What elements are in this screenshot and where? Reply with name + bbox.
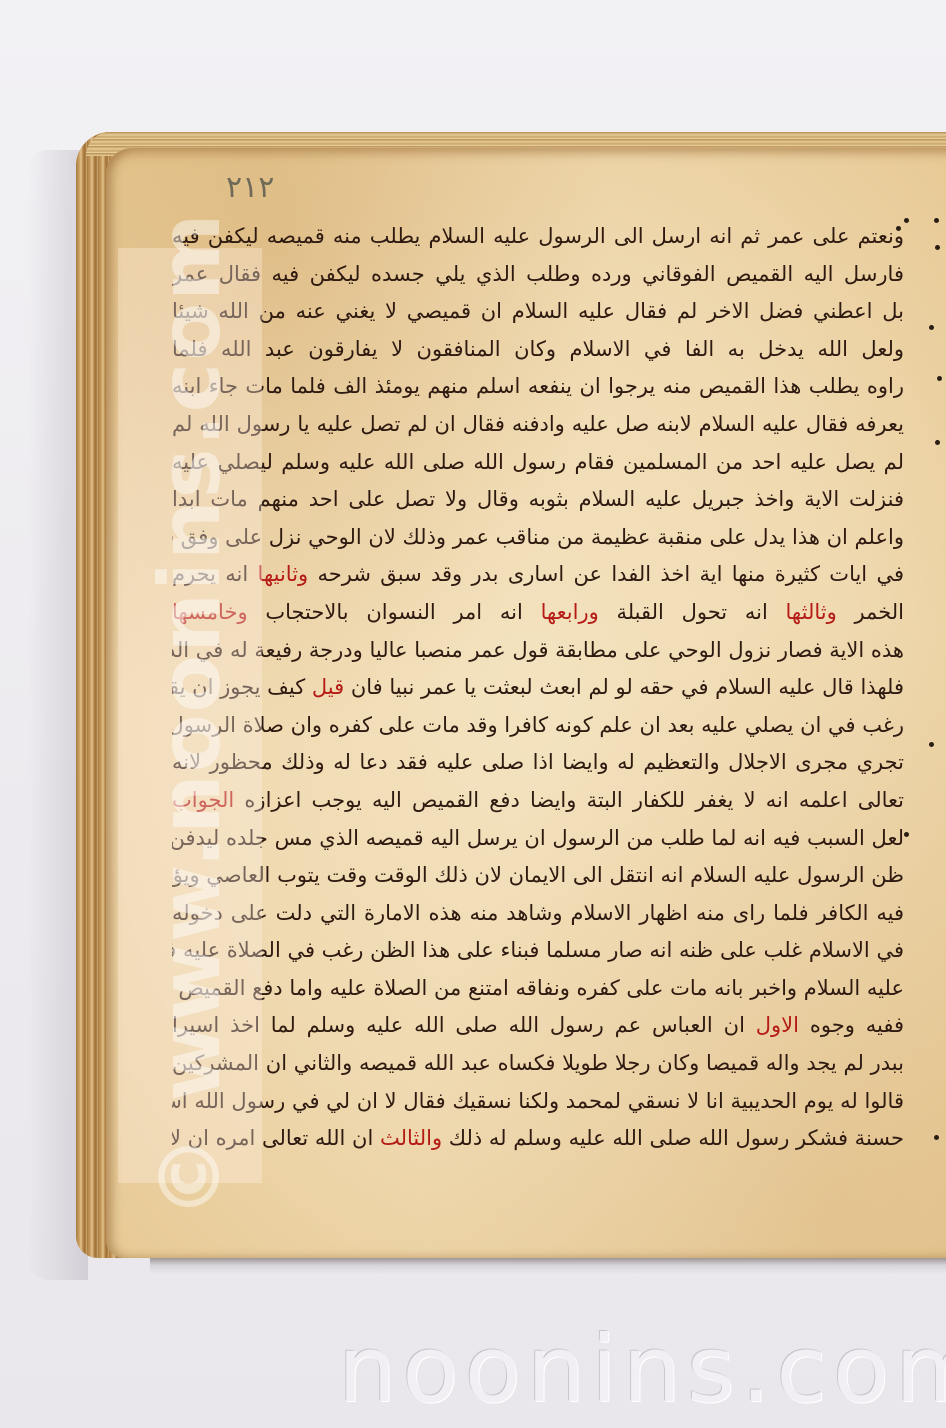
rubricated-word: قيل bbox=[312, 675, 344, 699]
margin-dot bbox=[929, 325, 934, 330]
margin-dot bbox=[904, 832, 909, 837]
rubricated-word: والثالث bbox=[380, 1126, 442, 1150]
text-line-14: رغب في ان يصلي عليه بعد ان علم كونه كافر… bbox=[172, 707, 904, 745]
margin-dot bbox=[937, 376, 942, 381]
text-line-12: هذه الاية فصار نزول الوحي على مطابقة قول… bbox=[172, 632, 904, 670]
rubricated-word: ورابعها bbox=[541, 600, 599, 624]
margin-dot bbox=[934, 1135, 939, 1140]
watermark-vertical: © www.noonins.com bbox=[141, 211, 239, 1218]
rubricated-word: وثانيها bbox=[258, 562, 309, 586]
rubricated-word: وثالثها bbox=[786, 600, 837, 624]
margin-dot bbox=[934, 218, 939, 223]
text-line-3: بل اعطني فضل الاخر لم فقال عليه السلام ا… bbox=[172, 293, 904, 331]
text-line-5: راوه يطلب هذا القميص منه يرجوا ان ينفعه … bbox=[172, 368, 904, 406]
margin-dot bbox=[929, 742, 934, 747]
text-line-9: واعلم ان هذا يدل على منقبة عظيمة من مناق… bbox=[172, 519, 904, 557]
text-line-8: فنزلت الاية واخذ جبريل عليه السلام بثوبه… bbox=[172, 481, 904, 519]
manuscript-text: ونعتم على عمر ثم انه ارسل الى الرسول علي… bbox=[172, 218, 904, 1158]
text-line-4: ولعل الله يدخل به الفا في الاسلام وكان ا… bbox=[172, 331, 904, 369]
text-line-21: عليه السلام واخبر بانه مات على كفره ونفا… bbox=[172, 970, 904, 1008]
watermark-bottom: noonins.com bbox=[338, 1316, 946, 1423]
text-line-25: حسنة فشكر رسول الله صلى الله عليه وسلم ل… bbox=[172, 1120, 904, 1158]
text-line-15: تجري مجرى الاجلال والتعظيم له وايضا اذا … bbox=[172, 744, 904, 782]
text-line-17: لعل السبب فيه انه لما طلب من الرسول ان ي… bbox=[172, 820, 904, 858]
folio-number: ٢١٢ bbox=[226, 170, 274, 205]
text-line-20: في الاسلام غلب على ظنه انه صار مسلما فبن… bbox=[172, 932, 904, 970]
text-line-10: في ايات كثيرة منها اية اخذ الفدا عن اسار… bbox=[172, 556, 904, 594]
margin-dot bbox=[935, 245, 940, 250]
text-line-2: فارسل اليه القميص الفوقاني ورده وطلب الذ… bbox=[172, 256, 904, 294]
text-line-11: الخمر وثالثها انه تحول القبلة ورابعها ان… bbox=[172, 594, 904, 632]
text-line-1: ونعتم على عمر ثم انه ارسل الى الرسول علي… bbox=[172, 218, 904, 256]
text-line-19: فيه الكافر فلما راى منه اظهار الاسلام وش… bbox=[172, 895, 904, 933]
text-line-13: فلهذا قال عليه السلام في حقه لو لم ابعث … bbox=[172, 669, 904, 707]
margin-dot bbox=[904, 218, 909, 223]
margin-dot bbox=[935, 440, 940, 445]
text-line-24: قالوا له يوم الحديبية انا لا نسقي لمحمد … bbox=[172, 1083, 904, 1121]
text-line-22: ففيه وجوه الاول ان العباس عم رسول الله ص… bbox=[172, 1007, 904, 1045]
rubricated-word: الاول bbox=[756, 1013, 799, 1037]
text-line-16: تعالى اعلمه انه لا يغفر للكفار البتة واي… bbox=[172, 782, 904, 820]
text-line-6: يعرفه فقال عليه السلام لابنه صل عليه واد… bbox=[172, 406, 904, 444]
text-line-23: ببدر لم يجد واله قميصا وكان رجلا طويلا ف… bbox=[172, 1045, 904, 1083]
text-line-7: لم يصل عليه احد من المسلمين فقام رسول ال… bbox=[172, 444, 904, 482]
text-line-18: ظن الرسول عليه السلام انه انتقل الى الاي… bbox=[172, 857, 904, 895]
